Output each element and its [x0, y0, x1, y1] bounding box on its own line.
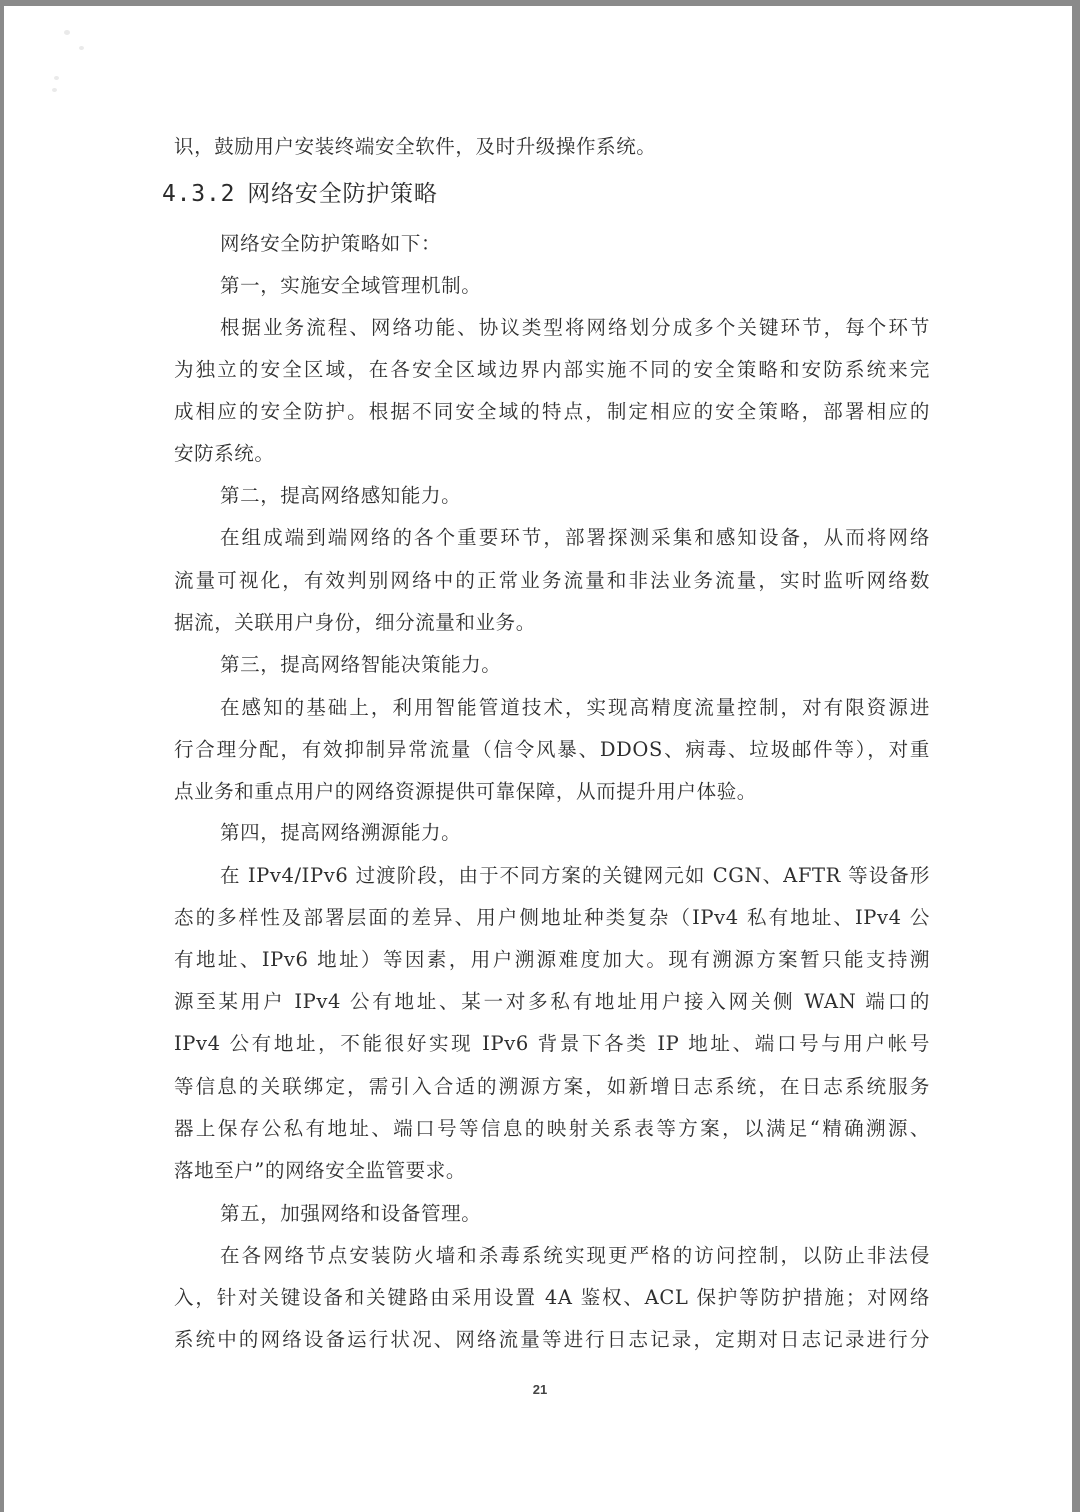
item-4-line: 在 IPv4/IPv6 过渡阶段，由于不同方案的关键网元如 CGN、AFTR 等…	[220, 862, 930, 890]
item-1-line: 根据业务流程、网络功能、协议类型将网络划分成多个关键环节，每个环节	[220, 314, 930, 342]
item-2-line: 据流，关联用户身份，细分流量和业务。	[174, 609, 930, 637]
item-5-line: 系统中的网络设备运行状况、网络流量等进行日志记录，定期对日志记录进行分	[174, 1326, 930, 1354]
scan-smudge	[79, 46, 84, 50]
item-1-line: 安防系统。	[174, 440, 930, 468]
item-4-line: 有地址、IPv6 地址）等因素，用户溯源难度加大。现有溯源方案暂只能支持溯	[174, 946, 930, 974]
scan-smudge	[54, 76, 59, 80]
item-5-line: 入，针对关键设备和关键路由采用设置 4A 鉴权、ACL 保护等防护措施；对网络	[174, 1284, 930, 1312]
section-title: 网络安全防护策略	[247, 181, 437, 207]
item-heading-2: 第二，提高网络感知能力。	[220, 482, 930, 510]
item-2-line: 流量可视化，有效判别网络中的正常业务流量和非法业务流量，实时监听网络数	[174, 567, 930, 595]
item-4-line: 落地至户”的网络安全监管要求。	[174, 1157, 930, 1185]
section-heading: 4.3.2网络安全防护策略	[162, 178, 438, 210]
item-heading-3: 第三，提高网络智能决策能力。	[220, 651, 930, 679]
item-1-line: 成相应的安全防护。根据不同安全域的特点，制定相应的安全策略，部署相应的	[174, 398, 930, 426]
item-4-line: 等信息的关联绑定，需引入合适的溯源方案，如新增日志系统，在日志系统服务	[174, 1073, 930, 1101]
paragraph-continuation: 识，鼓励用户安装终端安全软件，及时升级操作系统。	[174, 133, 930, 161]
item-3-line: 点业务和重点用户的网络资源提供可靠保障，从而提升用户体验。	[174, 778, 930, 806]
item-5-line: 在各网络节点安装防火墙和杀毒系统实现更严格的访问控制，以防止非法侵	[220, 1242, 930, 1270]
section-number: 4.3.2	[162, 181, 235, 207]
item-2-line: 在组成端到端网络的各个重要环节，部署探测采集和感知设备，从而将网络	[220, 524, 930, 552]
item-4-line: 态的多样性及部署层面的差异、用户侧地址种类复杂（IPv4 私有地址、IPv4 公	[174, 904, 930, 932]
item-heading-4: 第四，提高网络溯源能力。	[220, 819, 930, 847]
scan-smudge	[64, 30, 70, 35]
item-4-line: 器上保存公私有地址、端口号等信息的映射关系表等方案，以满足“精确溯源、	[174, 1115, 930, 1143]
scan-smudge	[52, 88, 57, 92]
item-heading-1: 第一，实施安全域管理机制。	[220, 272, 930, 300]
item-4-line: 源至某用户 IPv4 公有地址、某一对多私有地址用户接入网关侧 WAN 端口的	[174, 988, 930, 1016]
page-number: 21	[0, 1382, 1080, 1397]
item-1-line: 为独立的安全区域，在各安全区域边界内部实施不同的安全策略和安防系统来完	[174, 356, 930, 384]
intro-text: 网络安全防护策略如下：	[220, 230, 930, 258]
item-3-line: 行合理分配，有效抑制异常流量（信令风暴、DDOS、病毒、垃圾邮件等），对重	[174, 736, 930, 764]
item-4-line: IPv4 公有地址，不能很好实现 IPv6 背景下各类 IP 地址、端口号与用户…	[174, 1030, 930, 1058]
item-3-line: 在感知的基础上，利用智能管道技术，实现高精度流量控制，对有限资源进	[220, 694, 930, 722]
item-heading-5: 第五，加强网络和设备管理。	[220, 1200, 930, 1228]
